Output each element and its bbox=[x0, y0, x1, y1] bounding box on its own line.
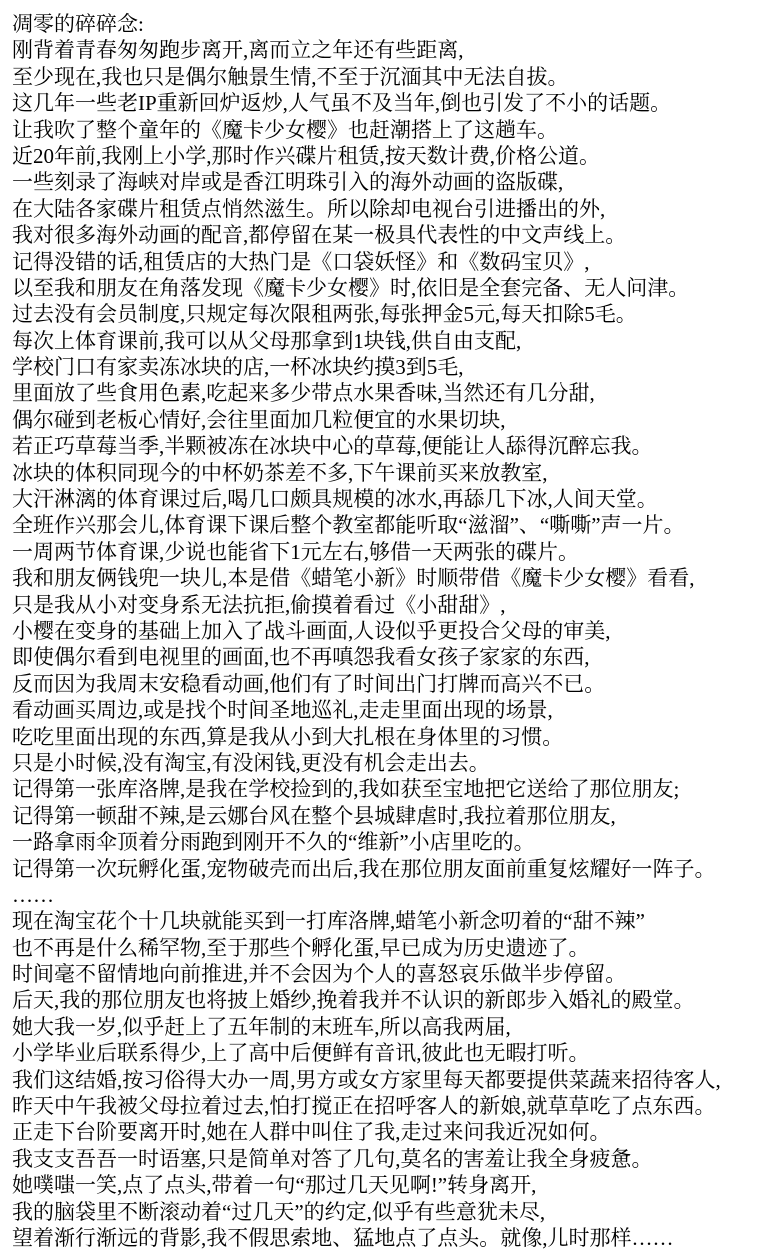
text-line: 里面放了些食用色素,吃起来多少带点水果香味,当然还有几分甜, bbox=[12, 380, 766, 406]
text-line: 即使偶尔看到电视里的画面,也不再嗔怨我看女孩子家家的东西, bbox=[12, 644, 766, 670]
text-line: 冰块的体积同现今的中杯奶茶差不多,下午课前买来放教室, bbox=[12, 460, 766, 486]
ellipsis-line: …… bbox=[12, 882, 766, 908]
text-line: 昨天中午我被父母拉着过去,怕打搅正在招呼客人的新娘,就草草吃了点东西。 bbox=[12, 1093, 766, 1119]
text-line: 在大陆各家碟片租赁点悄然滋生。所以除却电视台引进播出的外, bbox=[12, 196, 766, 222]
text-line: 记得第一顿甜不辣,是云娜台风在整个县城肆虐时,我拉着那位朋友, bbox=[12, 803, 766, 829]
text-line: 她大我一岁,似乎赶上了五年制的末班车,所以高我两届, bbox=[12, 1014, 766, 1040]
text-line: 现在淘宝花个十几块就能买到一打库洛牌,蜡笔小新念叨着的“甜不辣” bbox=[12, 908, 766, 934]
text-line: 后天,我的那位朋友也将披上婚纱,挽着我并不认识的新郎步入婚礼的殿堂。 bbox=[12, 987, 766, 1013]
text-line: 我的脑袋里不断滚动着“过几天”的约定,似乎有些意犹未尽, bbox=[12, 1199, 766, 1225]
text-line: 大汗淋漓的体育课过后,喝几口颇具规模的冰水,再舔几下冰,人间天堂。 bbox=[12, 486, 766, 512]
text-line: 望着渐行渐远的背影,我不假思索地、猛地点了点头。就像,儿时那样…… bbox=[12, 1225, 766, 1251]
text-line: 近20年前,我刚上小学,那时作兴碟片租赁,按天数计费,价格公道。 bbox=[12, 143, 766, 169]
text-line: 反而因为我周末安稳看动画,他们有了时间出门打牌而高兴不已。 bbox=[12, 671, 766, 697]
text-line: 一周两节体育课,少说也能省下1元左右,够借一天两张的碟片。 bbox=[12, 539, 766, 565]
text-line: 偶尔碰到老板心情好,会往里面加几粒便宜的水果切块, bbox=[12, 407, 766, 433]
text-line: 我支支吾吾一时语塞,只是简单对答了几句,莫名的害羞让我全身疲惫。 bbox=[12, 1146, 766, 1172]
text-line: 她噗嗤一笑,点了点头,带着一句“那过几天见啊!”转身离开, bbox=[12, 1172, 766, 1198]
text-line: 记得第一次玩孵化蛋,宠物破壳而出后,我在那位朋友面前重复炫耀好一阵子。 bbox=[12, 856, 766, 882]
text-line: 记得第一张库洛牌,是我在学校捡到的,我如获至宝地把它送给了那位朋友; bbox=[12, 776, 766, 802]
text-line: 以至我和朋友在角落发现《魔卡少女樱》时,依旧是全套完备、无人问津。 bbox=[12, 275, 766, 301]
text-line: 过去没有会员制度,只规定每次限租两张,每张押金5元,每天扣除5毛。 bbox=[12, 301, 766, 327]
text-line: 每次上体育课前,我可以从父母那拿到1块钱,供自由支配, bbox=[12, 328, 766, 354]
text-line: 记得没错的话,租赁店的大热门是《口袋妖怪》和《数码宝贝》, bbox=[12, 249, 766, 275]
text-line: 我和朋友俩钱兜一块儿,本是借《蜡笔小新》时顺带借《魔卡少女樱》看看, bbox=[12, 565, 766, 591]
text-line: 只是小时候,没有淘宝,有没闲钱,更没有机会走出去。 bbox=[12, 750, 766, 776]
text-line: 只是我从小对变身系无法抗拒,偷摸着看过《小甜甜》, bbox=[12, 592, 766, 618]
text-line: 我对很多海外动画的配音,都停留在某一极具代表性的中文声线上。 bbox=[12, 222, 766, 248]
text-line: 让我吹了整个童年的《魔卡少女樱》也赶潮搭上了这趟车。 bbox=[12, 117, 766, 143]
text-line: 若正巧草莓当季,半颗被冻在冰块中心的草莓,便能让人舔得沉醉忘我。 bbox=[12, 433, 766, 459]
page-title: 凋零的碎碎念: bbox=[12, 11, 766, 37]
document-body: 凋零的碎碎念: 刚背着青春匆匆跑步离开,离而立之年还有些距离, 至少现在,我也只… bbox=[0, 0, 770, 1259]
text-line: 正走下台阶要离开时,她在人群中叫住了我,走过来问我近况如何。 bbox=[12, 1119, 766, 1145]
text-line: 一些刻录了海峡对岸或是香江明珠引入的海外动画的盗版碟, bbox=[12, 169, 766, 195]
text-line: 全班作兴那会儿,体育课下课后整个教室都能听取“滋溜”、“嘶嘶”声一片。 bbox=[12, 512, 766, 538]
text-line: 吃吃里面出现的东西,算是我从小到大扎根在身体里的习惯。 bbox=[12, 724, 766, 750]
text-line: 看动画买周边,或是找个时间圣地巡礼,走走里面出现的场景, bbox=[12, 697, 766, 723]
text-line: 小樱在变身的基础上加入了战斗画面,人设似乎更投合父母的审美, bbox=[12, 618, 766, 644]
text-line: 刚背着青春匆匆跑步离开,离而立之年还有些距离, bbox=[12, 37, 766, 63]
text-line: 至少现在,我也只是偶尔触景生情,不至于沉湎其中无法自拔。 bbox=[12, 64, 766, 90]
text-line: 学校门口有家卖冻冰块的店,一杯冰块约摸3到5毛, bbox=[12, 354, 766, 380]
text-line: 这几年一些老IP重新回炉返炒,人气虽不及当年,倒也引发了不小的话题。 bbox=[12, 90, 766, 116]
text-line: 也不再是什么稀罕物,至于那些个孵化蛋,早已成为历史遗迹了。 bbox=[12, 935, 766, 961]
text-line: 小学毕业后联系得少,上了高中后便鲜有音讯,彼此也无暇打听。 bbox=[12, 1040, 766, 1066]
text-line: 时间毫不留情地向前推进,并不会因为个人的喜怒哀乐做半步停留。 bbox=[12, 961, 766, 987]
text-line: 我们这结婚,按习俗得大办一周,男方或女方家里每天都要提供菜蔬来招待客人, bbox=[12, 1067, 766, 1093]
text-line: 一路拿雨伞顶着分雨跑到刚开不久的“维新”小店里吃的。 bbox=[12, 829, 766, 855]
